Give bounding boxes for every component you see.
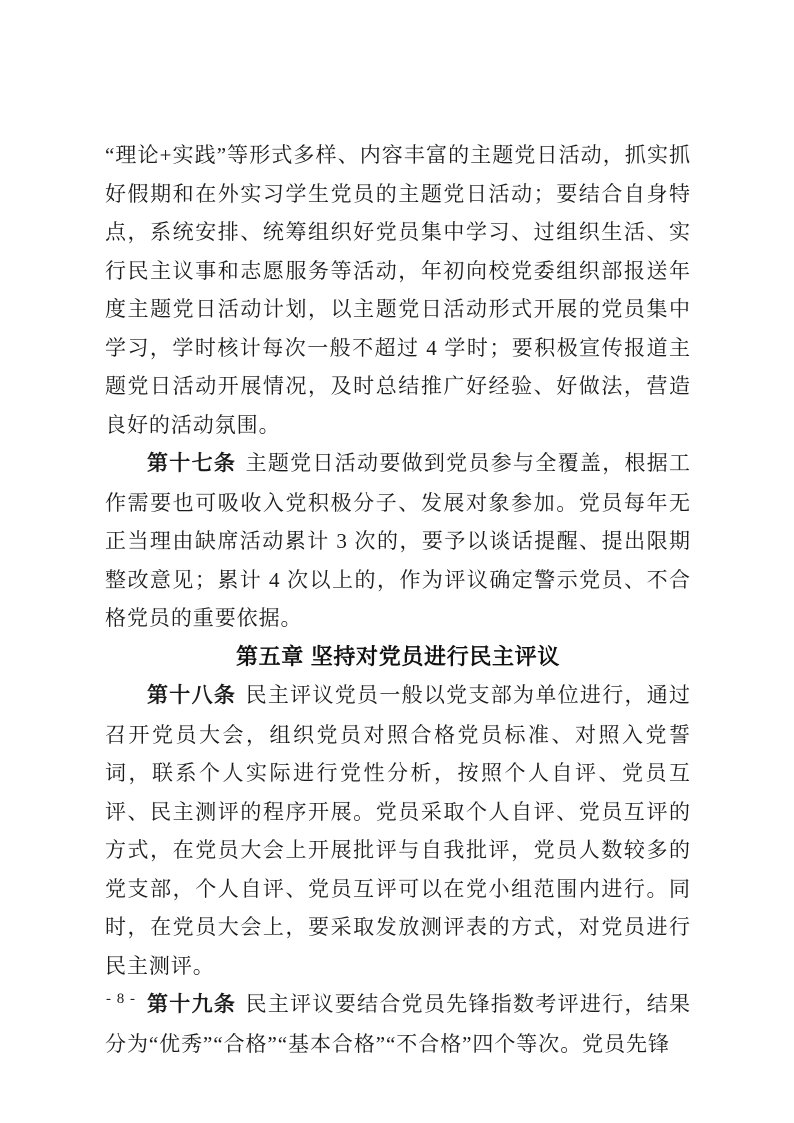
article-17-paragraph: 第十七条主题党日活动要做到党员参与全覆盖，根据工作需要也可吸收入党积极分子、发展… [105,444,691,638]
article-19-paragraph: 第十九条民主评议要结合党员先锋指数考评进行，结果分为“优秀”“合格”“基本合格”… [105,985,691,1063]
article-17-text: 主题党日活动要做到党员参与全覆盖，根据工作需要也可吸收入党积极分子、发展对象参加… [105,451,691,630]
article-17-lead: 第十七条 [147,452,236,475]
article-18-paragraph: 第十八条民主评议党员一般以党支部为单位进行，通过召开党员大会，组织党员对照合格党… [105,676,691,985]
document-page: “理论+实践”等形式多样、内容丰富的主题党日活动，抓实抓好假期和在外实习学生党员… [0,0,794,1123]
continuation-paragraph: “理论+实践”等形式多样、内容丰富的主题党日活动，抓实抓好假期和在外实习学生党员… [105,136,691,444]
article-18-text: 民主评议党员一般以党支部为单位进行，通过召开党员大会，组织党员对照合格党员标准、… [105,683,691,978]
chapter-5-heading: 第五章 坚持对党员进行民主评议 [105,638,691,677]
article-19-lead: 第十九条 [147,993,236,1016]
page-number: - 8 - [106,991,136,1008]
article-18-lead: 第十八条 [147,684,236,707]
document-body: “理论+实践”等形式多样、内容丰富的主题党日活动，抓实抓好假期和在外实习学生党员… [105,136,691,1063]
